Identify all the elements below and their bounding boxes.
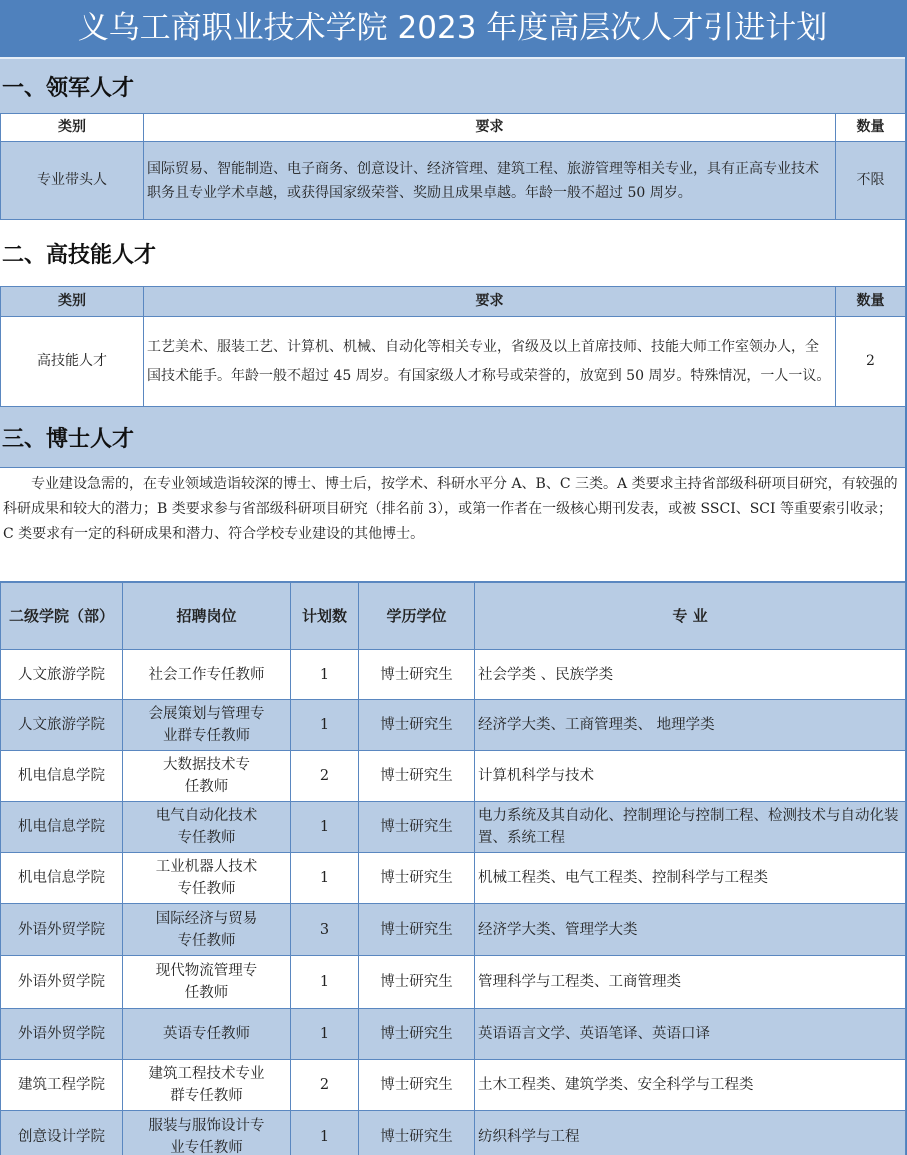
talent-plan-document: 义乌工商职业技术学院 2023 年度高层次人才引进计划 一、领军人才 类别 要求…	[0, 0, 907, 1155]
row-quantity: 不限	[836, 142, 906, 220]
doctoral-positions-table: 二级学院（部） 招聘岗位 计划数 学历学位 专 业 人文旅游学院 社会工作专任教…	[0, 582, 906, 1155]
cell-college: 机电信息学院	[1, 853, 123, 904]
cell-count: 1	[291, 650, 359, 700]
cell-major: 机械工程类、电气工程类、控制科学与工程类	[475, 853, 906, 904]
table-row: 外语外贸学院 英语专任教师 1 博士研究生 英语语言文学、英语笔译、英语口译	[1, 1009, 906, 1060]
table-header-row: 类别 要求 数量	[1, 114, 906, 142]
cell-count: 1	[291, 956, 359, 1009]
cell-college: 人文旅游学院	[1, 700, 123, 751]
cell-degree: 博士研究生	[359, 956, 475, 1009]
header-degree: 学历学位	[359, 583, 475, 650]
cell-major: 经济学大类、工商管理类、 地理学类	[475, 700, 906, 751]
cell-college: 外语外贸学院	[1, 956, 123, 1009]
header-college: 二级学院（部）	[1, 583, 123, 650]
table-row: 人文旅游学院 社会工作专任教师 1 博士研究生 社会学类 、民族学类	[1, 650, 906, 700]
cell-college: 人文旅游学院	[1, 650, 123, 700]
header-category: 类别	[1, 287, 144, 317]
cell-major: 社会学类 、民族学类	[475, 650, 906, 700]
cell-college: 建筑工程学院	[1, 1060, 123, 1111]
cell-major: 英语语言文学、英语笔译、英语口译	[475, 1009, 906, 1060]
table-row: 专业带头人 国际贸易、智能制造、电子商务、创意设计、经济管理、建筑工程、旅游管理…	[1, 142, 906, 220]
high-skill-talent-table: 类别 要求 数量 高技能人才 工艺美术、服装工艺、计算机、机械、自动化等相关专业…	[0, 286, 906, 407]
cell-degree: 博士研究生	[359, 1111, 475, 1155]
row-requirement: 工艺美术、服装工艺、计算机、机械、自动化等相关专业，省级及以上首席技师、技能大师…	[144, 317, 836, 407]
section-heading-doctoral-talent: 三、博士人才	[0, 407, 905, 467]
cell-position: 建筑工程技术专业群专任教师	[123, 1060, 291, 1111]
header-position: 招聘岗位	[123, 583, 291, 650]
cell-degree: 博士研究生	[359, 700, 475, 751]
cell-count: 1	[291, 700, 359, 751]
cell-position: 社会工作专任教师	[123, 650, 291, 700]
table-row: 高技能人才 工艺美术、服装工艺、计算机、机械、自动化等相关专业，省级及以上首席技…	[1, 317, 906, 407]
cell-major: 电力系统及其自动化、控制理论与控制工程、检测技术与自动化装置、系统工程	[475, 802, 906, 853]
table-row: 建筑工程学院 建筑工程技术专业群专任教师 2 博士研究生 土木工程类、建筑学类、…	[1, 1060, 906, 1111]
cell-degree: 博士研究生	[359, 904, 475, 956]
cell-college: 外语外贸学院	[1, 904, 123, 956]
header-count: 计划数	[291, 583, 359, 650]
table-row: 机电信息学院 工业机器人技术专任教师 1 博士研究生 机械工程类、电气工程类、控…	[1, 853, 906, 904]
cell-position: 会展策划与管理专业群专任教师	[123, 700, 291, 751]
cell-major: 纺织科学与工程	[475, 1111, 906, 1155]
cell-degree: 博士研究生	[359, 853, 475, 904]
leading-talent-table: 类别 要求 数量 专业带头人 国际贸易、智能制造、电子商务、创意设计、经济管理、…	[0, 113, 906, 220]
doctoral-description: 专业建设急需的，在专业领域造诣较深的博士、博士后，按学术、科研水平分 A、B、C…	[0, 467, 905, 582]
table-row: 外语外贸学院 现代物流管理专任教师 1 博士研究生 管理科学与工程类、工商管理类	[1, 956, 906, 1009]
row-category: 专业带头人	[1, 142, 144, 220]
cell-position: 国际经济与贸易专任教师	[123, 904, 291, 956]
cell-count: 1	[291, 1009, 359, 1060]
header-quantity: 数量	[836, 287, 906, 317]
cell-college: 创意设计学院	[1, 1111, 123, 1155]
cell-degree: 博士研究生	[359, 650, 475, 700]
cell-count: 1	[291, 802, 359, 853]
table-row: 人文旅游学院 会展策划与管理专业群专任教师 1 博士研究生 经济学大类、工商管理…	[1, 700, 906, 751]
cell-college: 外语外贸学院	[1, 1009, 123, 1060]
row-requirement: 国际贸易、智能制造、电子商务、创意设计、经济管理、建筑工程、旅游管理等相关专业，…	[144, 142, 836, 220]
header-quantity: 数量	[836, 114, 906, 142]
section-heading-leading-talent: 一、领军人才	[0, 59, 905, 113]
header-requirement: 要求	[144, 287, 836, 317]
header-requirement: 要求	[144, 114, 836, 142]
row-quantity: 2	[836, 317, 906, 407]
table-row: 外语外贸学院 国际经济与贸易专任教师 3 博士研究生 经济学大类、管理学大类	[1, 904, 906, 956]
document-title: 义乌工商职业技术学院 2023 年度高层次人才引进计划	[0, 0, 905, 59]
cell-major: 计算机科学与技术	[475, 751, 906, 802]
header-major: 专 业	[475, 583, 906, 650]
cell-degree: 博士研究生	[359, 751, 475, 802]
header-category: 类别	[1, 114, 144, 142]
cell-position: 工业机器人技术专任教师	[123, 853, 291, 904]
table-header-row: 二级学院（部） 招聘岗位 计划数 学历学位 专 业	[1, 583, 906, 650]
cell-major: 土木工程类、建筑学类、安全科学与工程类	[475, 1060, 906, 1111]
row-category: 高技能人才	[1, 317, 144, 407]
cell-position: 现代物流管理专任教师	[123, 956, 291, 1009]
cell-count: 1	[291, 1111, 359, 1155]
table-row: 机电信息学院 大数据技术专任教师 2 博士研究生 计算机科学与技术	[1, 751, 906, 802]
table-row: 创意设计学院 服装与服饰设计专业专任教师 1 博士研究生 纺织科学与工程	[1, 1111, 906, 1155]
cell-position: 英语专任教师	[123, 1009, 291, 1060]
cell-college: 机电信息学院	[1, 751, 123, 802]
cell-count: 3	[291, 904, 359, 956]
cell-degree: 博士研究生	[359, 1060, 475, 1111]
cell-position: 大数据技术专任教师	[123, 751, 291, 802]
cell-count: 1	[291, 853, 359, 904]
cell-major: 经济学大类、管理学大类	[475, 904, 906, 956]
cell-college: 机电信息学院	[1, 802, 123, 853]
cell-position: 电气自动化技术专任教师	[123, 802, 291, 853]
cell-major: 管理科学与工程类、工商管理类	[475, 956, 906, 1009]
table-header-row: 类别 要求 数量	[1, 287, 906, 317]
section-heading-high-skill-talent: 二、高技能人才	[0, 220, 905, 286]
cell-count: 2	[291, 751, 359, 802]
cell-degree: 博士研究生	[359, 1009, 475, 1060]
table-row: 机电信息学院 电气自动化技术专任教师 1 博士研究生 电力系统及其自动化、控制理…	[1, 802, 906, 853]
cell-count: 2	[291, 1060, 359, 1111]
cell-degree: 博士研究生	[359, 802, 475, 853]
cell-position: 服装与服饰设计专业专任教师	[123, 1111, 291, 1155]
